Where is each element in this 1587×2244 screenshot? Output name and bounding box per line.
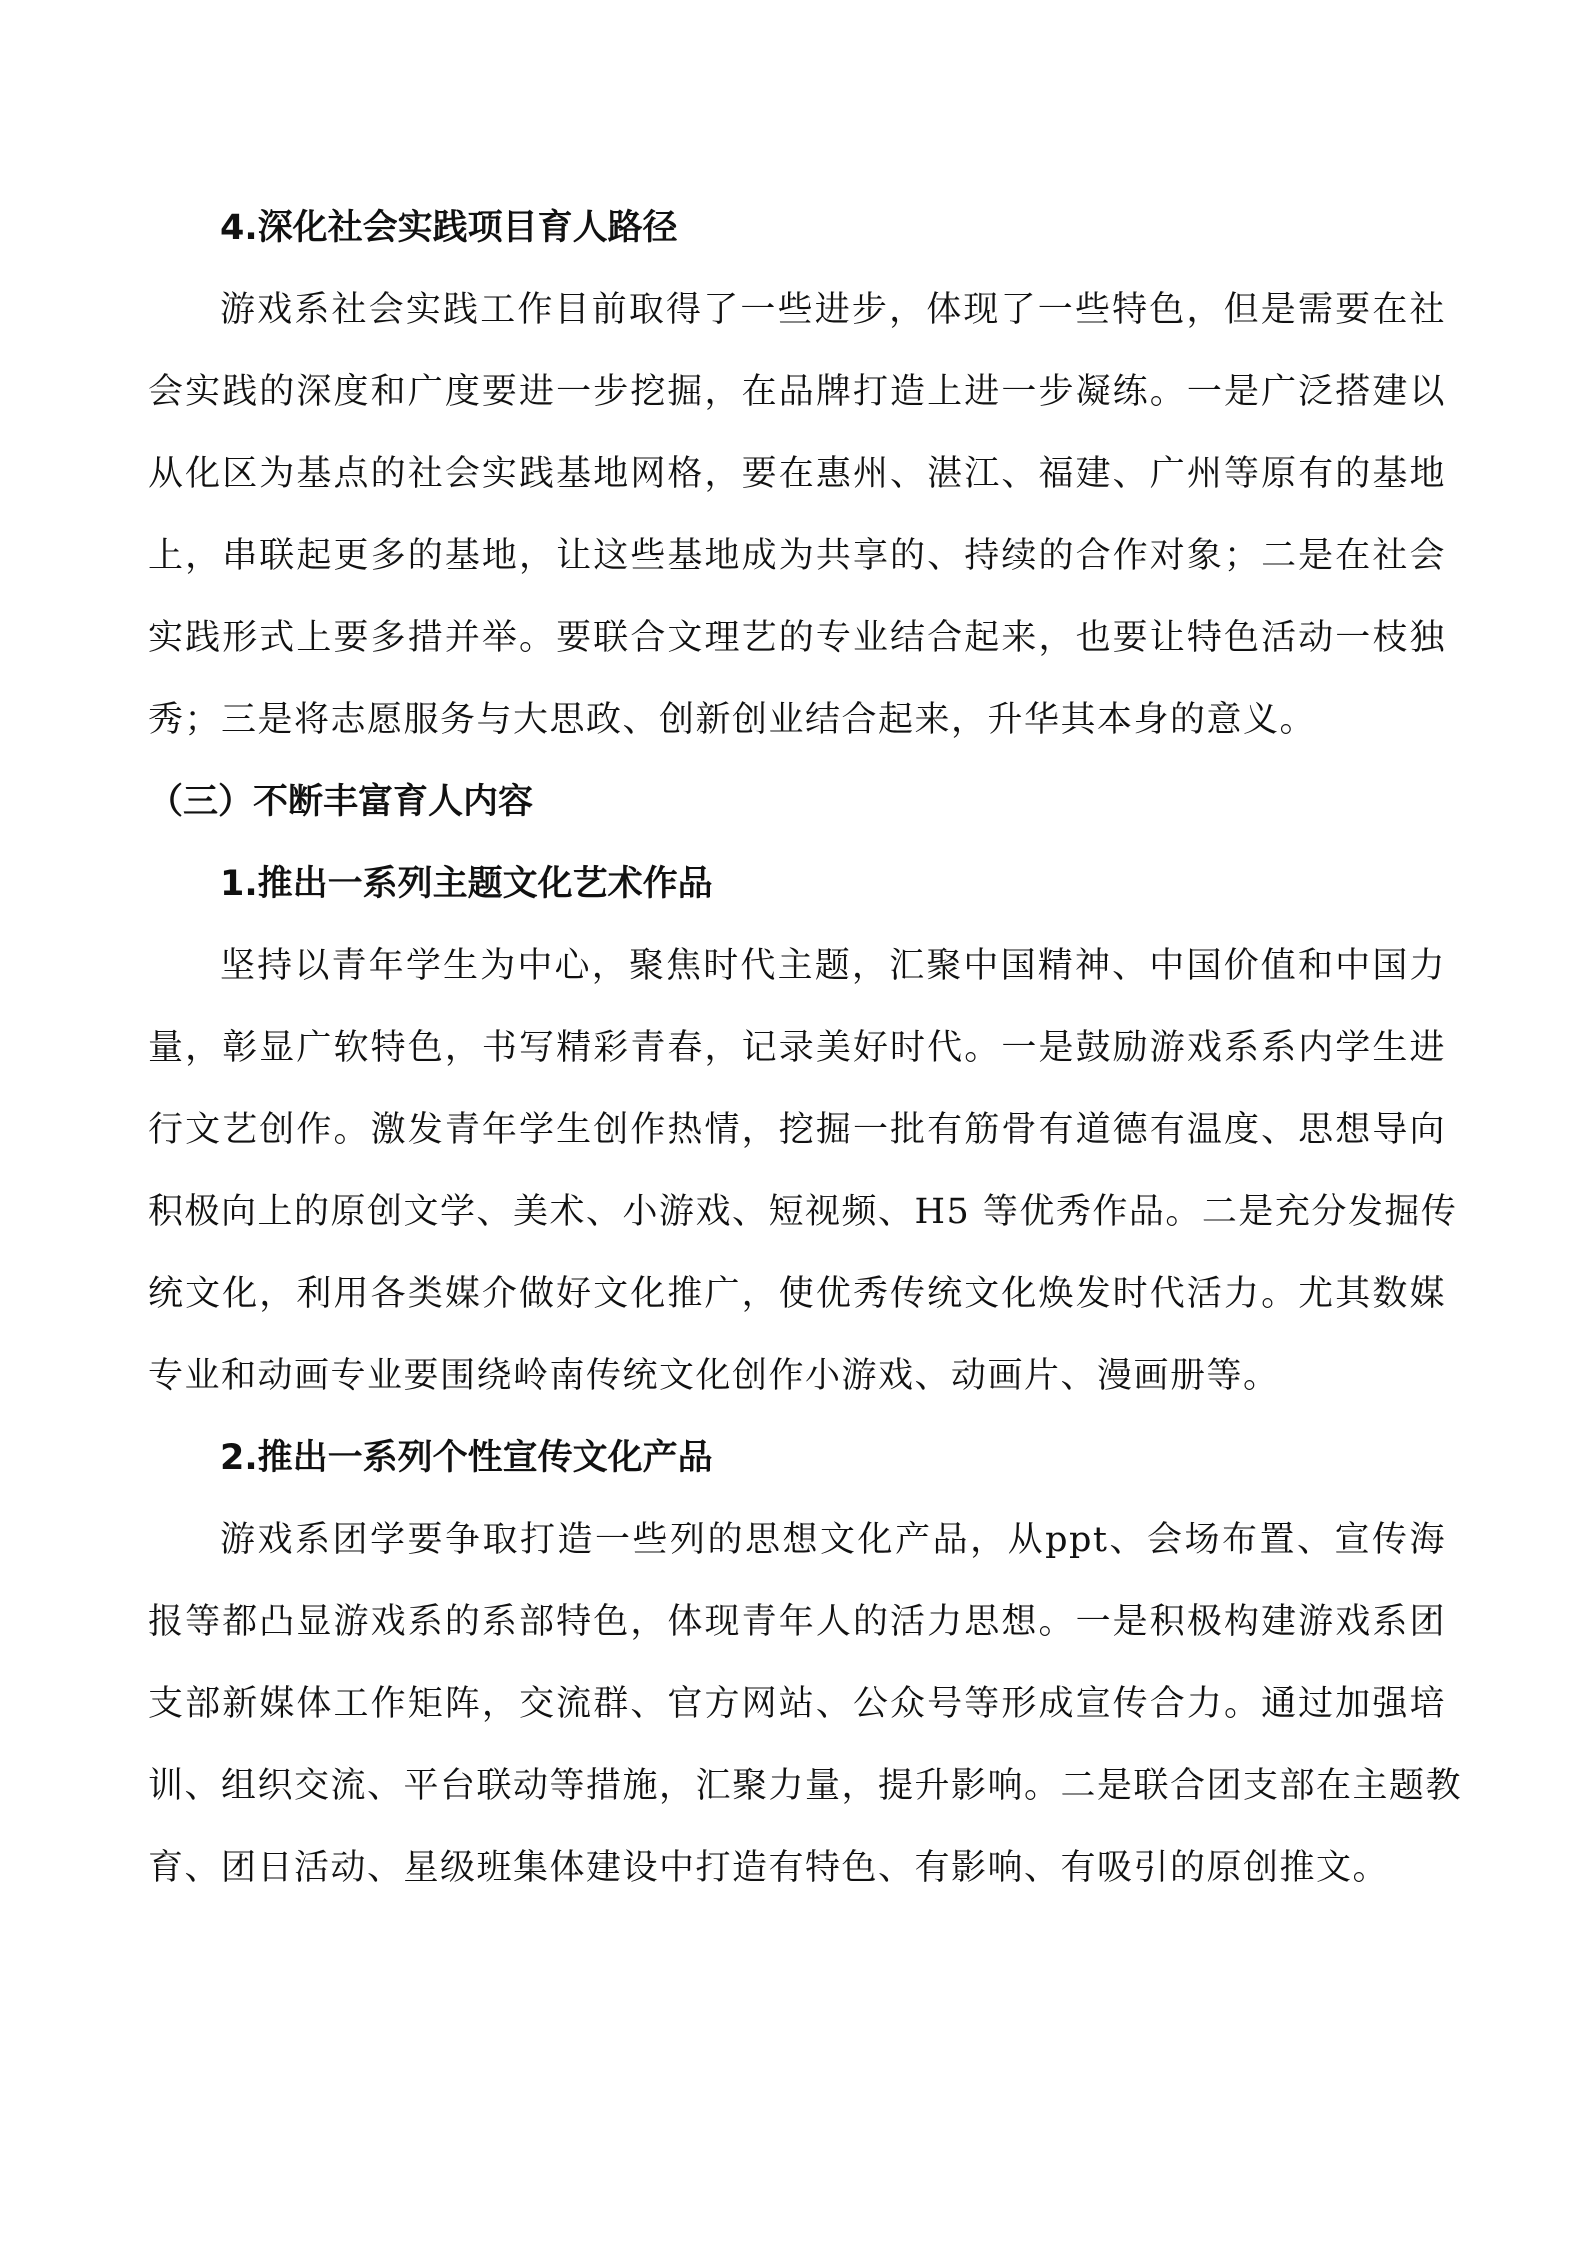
paragraph-line: 秀；三是将志愿服务与大思政、创新创业结合起来，升华其本身的意义。 <box>148 700 1316 740</box>
paragraph-line: 支部新媒体工作矩阵，交流群、官方网站、公众号等形成宣传合力。通过加强培 <box>148 1684 1446 1724</box>
paragraph-line: 行文艺创作。激发青年学生创作热情，挖掘一批有筋骨有道德有温度、思想导向 <box>148 1110 1446 1150</box>
paragraph-line: 育、团日活动、星级班集体建设中打造有特色、有影响、有吸引的原创推文。 <box>148 1848 1389 1888</box>
document-page: 4.深化社会实践项目育人路径 游戏系社会实践工作目前取得了一些进步，体现了一些特… <box>0 0 1587 2244</box>
paragraph-line: 专业和动画专业要围绕岭南传统文化创作小游戏、动画片、漫画册等。 <box>148 1356 1280 1396</box>
paragraph-line: 坚持以青年学生为中心，聚焦时代主题，汇聚中国精神、中国价值和中国力 <box>220 946 1446 986</box>
paragraph-line: 报等都凸显游戏系的系部特色，体现青年人的活力思想。一是积极构建游戏系团 <box>148 1602 1446 1642</box>
paragraph-line: 训、组织交流、平台联动等措施，汇聚力量，提升影响。二是联合团支部在主题教 <box>148 1766 1446 1806</box>
subheading-2: 2.推出一系列个性宣传文化产品 <box>220 1438 713 1478</box>
paragraph-line: 从化区为基点的社会实践基地网格，要在惠州、湛江、福建、广州等原有的基地 <box>148 454 1446 494</box>
paragraph-line: 游戏系社会实践工作目前取得了一些进步，体现了一些特色，但是需要在社 <box>220 290 1446 330</box>
subheading-1: 1.推出一系列主题文化艺术作品 <box>220 864 713 904</box>
paragraph-line: 量，彰显广软特色，书写精彩青春，记录美好时代。一是鼓励游戏系系内学生进 <box>148 1028 1446 1068</box>
paragraph-line: 会实践的深度和广度要进一步挖掘，在品牌打造上进一步凝练。一是广泛搭建以 <box>148 372 1446 412</box>
paragraph-line: 统文化，利用各类媒介做好文化推广，使优秀传统文化焕发时代活力。尤其数媒 <box>148 1274 1446 1314</box>
paragraph-line: 上，串联起更多的基地，让这些基地成为共享的、持续的合作对象；二是在社会 <box>148 536 1446 576</box>
subheading-4: 4.深化社会实践项目育人路径 <box>220 208 678 248</box>
paragraph-line: 积极向上的原创文学、美术、小游戏、短视频、H5 等优秀作品。二是充分发掘传 <box>148 1192 1446 1232</box>
section-heading-3: （三）不断丰富育人内容 <box>148 782 533 822</box>
paragraph-line: 实践形式上要多措并举。要联合文理艺的专业结合起来，也要让特色活动一枝独 <box>148 618 1446 658</box>
paragraph-line: 游戏系团学要争取打造一些列的思想文化产品，从ppt、会场布置、宣传海 <box>220 1520 1446 1560</box>
